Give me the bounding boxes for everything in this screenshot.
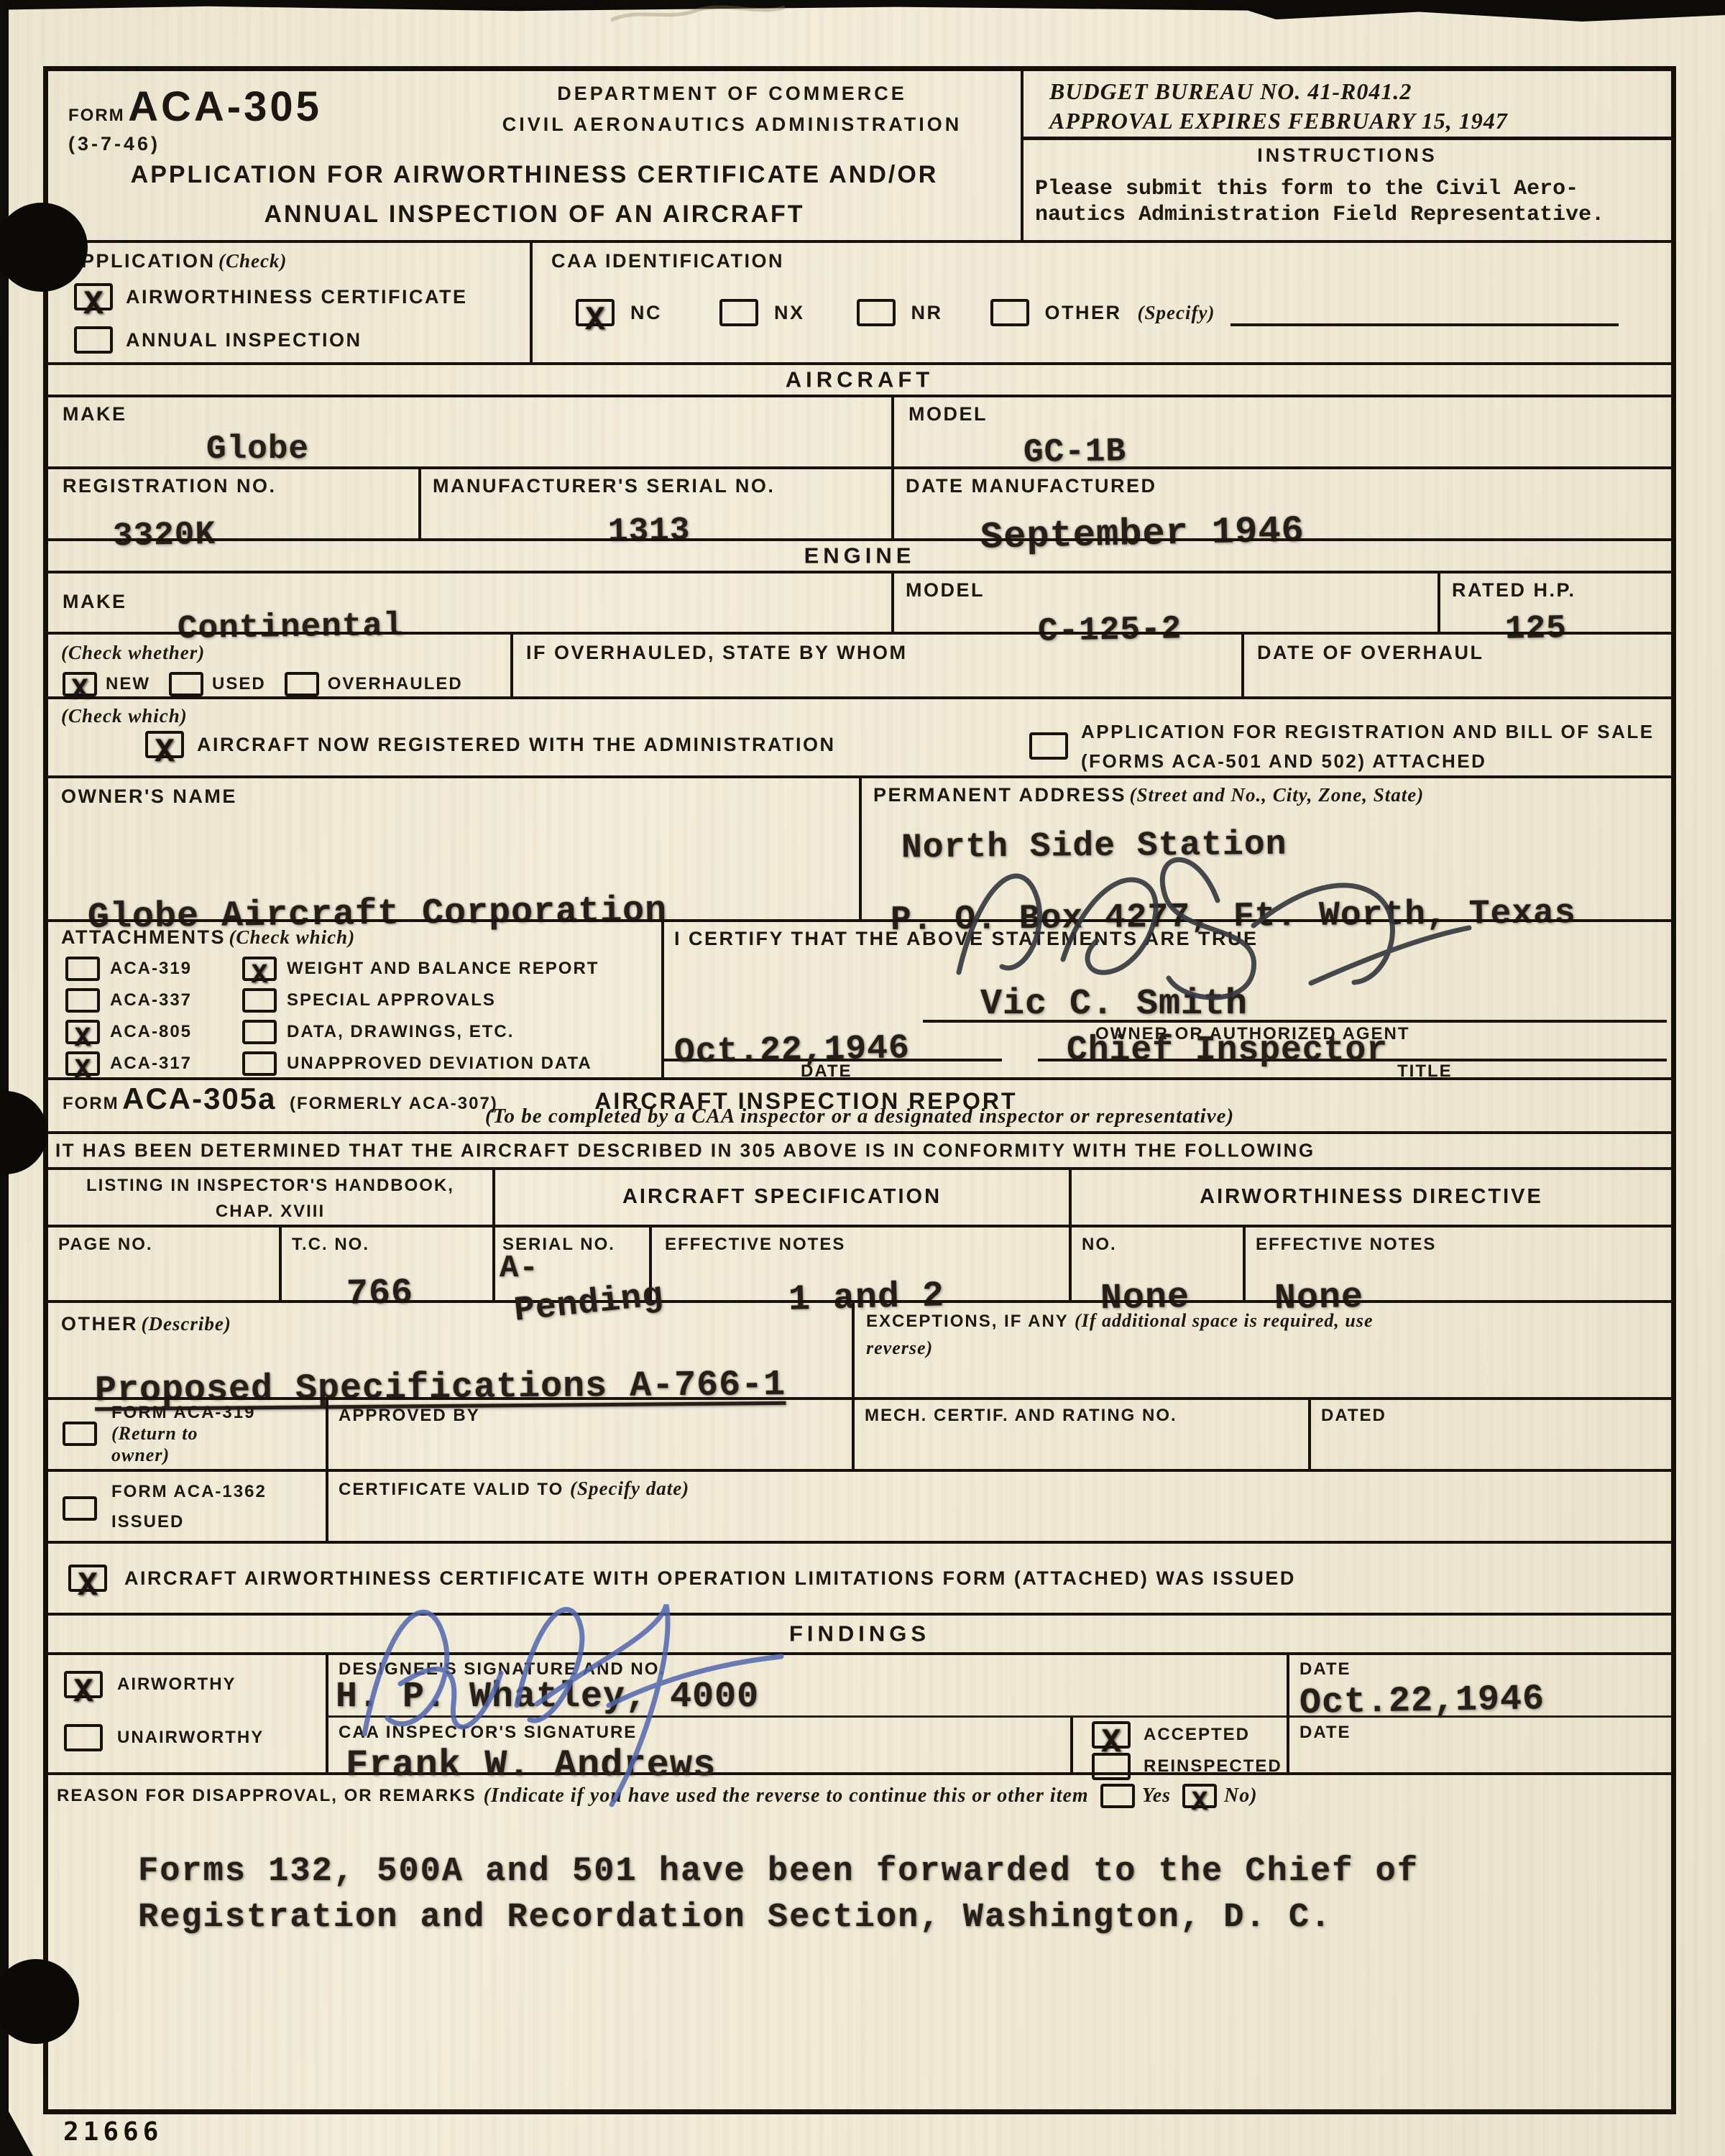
spec-serial-cell: SERIAL NO. A- Pending (492, 1227, 649, 1300)
x-mark-icon: X (78, 1567, 98, 1605)
directive-no-cell: NO. None (1069, 1227, 1243, 1300)
application-check-hint: (Check) (218, 250, 287, 272)
scan-edge-left (0, 0, 9, 2153)
new-label: NEW (106, 674, 150, 694)
check-whether-hint: (Check whether) (61, 642, 205, 664)
findings-grid: X AIRWORTHY X UNAIRWORTHY DESIGNEE'S SIG… (48, 1652, 1671, 1772)
weight-balance-label: WEIGHT AND BALANCE REPORT (287, 959, 599, 979)
remarks-body-line1[interactable]: Forms 132, 500A and 501 have been forwar… (138, 1853, 1419, 1891)
inspection-report-header: FORM ACA-305a (FORMERLY ACA-307) AIRCRAF… (48, 1077, 1671, 1131)
certificate-issued-checkbox[interactable]: X (68, 1565, 107, 1592)
airworthiness-certificate-checkbox[interactable]: X (74, 283, 113, 310)
exceptions-hint1: (If additional space is required, use (1075, 1310, 1373, 1331)
punch-hole (0, 203, 88, 292)
form-header-row: FORM ACA-305 (3-7-46) DEPARTMENT OF COMM… (48, 71, 1671, 240)
form-label: FORM (68, 106, 125, 125)
date-of-overhaul-label: DATE OF OVERHAUL (1257, 642, 1484, 664)
owner-name-label: OWNER'S NAME (61, 786, 237, 808)
aircraft-model-cell: MODEL GC-1B (891, 397, 1671, 466)
airworthy-checkbox[interactable]: X (64, 1671, 103, 1698)
airworthy-label: AIRWORTHY (117, 1674, 236, 1695)
registration-status-row: (Check which) X AIRCRAFT NOW REGISTERED … (48, 696, 1671, 775)
aca-317-label: ACA-317 (110, 1054, 232, 1074)
form-319-cell: X FORM ACA-319 (Return to owner) (48, 1400, 326, 1469)
data-drawings-checkbox[interactable]: X (242, 1020, 277, 1044)
overhauled-by-cell: IF OVERHAULED, STATE BY WHOM (510, 635, 1241, 696)
engine-make-row: MAKE Continental MODEL C-125-2 RATED H.P… (48, 571, 1671, 632)
instructions-box: INSTRUCTIONS Please submit this form to … (1023, 140, 1671, 227)
annual-inspection-checkbox[interactable]: X (74, 326, 113, 354)
form-aca-305: FORM ACA-305 (3-7-46) DEPARTMENT OF COMM… (43, 66, 1676, 2114)
inspection-report-header-cell: FORM ACA-305a (FORMERLY ACA-307) AIRCRAF… (48, 1080, 1671, 1131)
form-1362-label-line2: ISSUED (111, 1512, 267, 1532)
remarks-row: REASON FOR DISAPPROVAL, OR REMARKS (Indi… (48, 1772, 1671, 2113)
special-approvals-label: SPECIAL APPROVALS (287, 990, 496, 1010)
nc-label: NC (630, 302, 662, 324)
date-of-overhaul-cell: DATE OF OVERHAUL (1241, 635, 1671, 696)
mech-certif-cell: MECH. CERTIF. AND RATING NO. (852, 1400, 1308, 1469)
other-row: OTHER (Describe) Proposed Specifications… (48, 1300, 1671, 1397)
x-mark-icon: X (75, 1023, 91, 1054)
engine-make-cell: MAKE Continental (48, 573, 891, 632)
handbook-header-line1: LISTING IN INSPECTOR'S HANDBOOK, (48, 1176, 492, 1196)
administration-name: CIVIL AERONAUTICS ADMINISTRATION (451, 114, 1013, 136)
owner-name-cell: OWNER'S NAME Globe Aircraft Corporation (48, 778, 859, 919)
pencil-smudge (604, 0, 791, 29)
engine-condition-cell: (Check whether) X NEW X USED X OVERHAULE… (48, 635, 510, 696)
unairworthy-checkbox[interactable]: X (64, 1724, 103, 1751)
other-specify-hint: (Specify) (1138, 302, 1215, 324)
registered-checkbox[interactable]: X (145, 731, 184, 758)
form-title-line2: ANNUAL INSPECTION OF AN AIRCRAFT (48, 201, 1021, 229)
engine-hp-label: RATED H.P. (1452, 579, 1576, 602)
approved-by-cell: APPROVED BY (326, 1400, 852, 1469)
budget-bureau-box: BUDGET BUREAU NO. 41-R041.2 APPROVAL EXP… (1023, 71, 1671, 140)
findings-date-value[interactable]: Oct.22,1946 (1299, 1679, 1545, 1724)
designee-signature[interactable] (321, 1540, 810, 1828)
used-label: USED (212, 674, 266, 694)
registration-status-cell: (Check which) X AIRCRAFT NOW REGISTERED … (48, 699, 1671, 775)
bill-of-sale-label-line1: APPLICATION FOR REGISTRATION AND BILL OF… (1081, 721, 1655, 743)
other-specify-line[interactable] (1230, 299, 1619, 326)
findings-date-cell: DATE Oct.22,1946 DATE (1287, 1655, 1671, 1772)
findings-date2-label: DATE (1299, 1723, 1351, 1743)
application-label: APPLICATION (65, 250, 216, 272)
other-describe-cell: OTHER (Describe) Proposed Specifications… (48, 1303, 852, 1397)
determination-statement: IT HAS BEEN DETERMINED THAT THE AIRCRAFT… (55, 1140, 1315, 1162)
page-no-cell: PAGE NO. (48, 1227, 279, 1300)
aircraft-model-value[interactable]: GC-1B (1023, 433, 1127, 471)
certificate-issued-cell: X AIRCRAFT AIRWORTHINESS CERTIFICATE WIT… (48, 1544, 1671, 1613)
determination-cell: IT HAS BEEN DETERMINED THAT THE AIRCRAFT… (48, 1134, 1671, 1167)
spec-serial-prefix: A- (500, 1250, 539, 1286)
form-319-row: X FORM ACA-319 (Return to owner) APPROVE… (48, 1397, 1671, 1469)
form-date: (3-7-46) (68, 133, 160, 155)
scan-edge-top-right (1215, 0, 1725, 22)
form-1362-row: X FORM ACA-1362 ISSUED CERTIFICATE VALID… (48, 1469, 1671, 1541)
certification-cell: I CERTIFY THAT THE ABOVE STATEMENTS ARE … (661, 922, 1671, 1077)
approved-by-label: APPROVED BY (339, 1406, 480, 1426)
form-1362-checkbox[interactable]: X (63, 1496, 97, 1521)
findings-section-title: FINDINGS (48, 1621, 1671, 1646)
unapproved-deviation-checkbox[interactable]: X (242, 1051, 277, 1076)
aca-319-label: ACA-319 (110, 959, 232, 979)
unairworthy-label: UNAIRWORTHY (117, 1728, 264, 1748)
aircraft-section-bar: AIRCRAFT (48, 362, 1671, 395)
aca-805-label: ACA-805 (110, 1022, 232, 1042)
remarks-cell: REASON FOR DISAPPROVAL, OR REMARKS (Indi… (48, 1775, 1671, 2113)
other-describe-label: OTHER (61, 1313, 138, 1335)
nr-label: NR (911, 302, 943, 324)
unapproved-deviation-label: UNAPPROVED DEVIATION DATA (287, 1054, 592, 1074)
certificate-valid-cell: CERTIFICATE VALID TO (Specify date) (326, 1472, 1671, 1541)
serial-cell: MANUFACTURER'S SERIAL NO. 1313 (418, 469, 891, 538)
budget-bureau-no: BUDGET BUREAU NO. 41-R041.2 (1049, 78, 1671, 105)
aca-337-label: ACA-337 (110, 990, 232, 1010)
approval-expires: APPROVAL EXPIRES FEBRUARY 15, 1947 (1049, 108, 1671, 134)
spec-header-row: LISTING IN INSPECTOR'S HANDBOOK, CHAP. X… (48, 1167, 1671, 1225)
other-checkbox[interactable]: X (990, 299, 1029, 326)
attachments-row: ATTACHMENTS (Check which) X ACA-319 X WE… (48, 919, 1671, 1077)
x-mark-icon: X (252, 960, 268, 991)
form-1362-cell: X FORM ACA-1362 ISSUED (48, 1472, 326, 1541)
directive-no-label: NO. (1082, 1235, 1117, 1255)
dated-label: DATED (1321, 1406, 1386, 1426)
registered-label: AIRCRAFT NOW REGISTERED WITH THE ADMINIS… (197, 734, 835, 756)
x-mark-icon: X (585, 302, 605, 339)
accepted-label: ACCEPTED (1144, 1725, 1250, 1745)
nr-checkbox[interactable]: X (857, 299, 896, 326)
aircraft-section-title: AIRCRAFT (48, 367, 1671, 392)
overhauled-label: OVERHAULED (328, 674, 463, 694)
aircraft-registration-row: REGISTRATION NO. 3320K MANUFACTURER'S SE… (48, 466, 1671, 538)
mech-certif-label: MECH. CERTIF. AND RATING NO. (865, 1406, 1177, 1426)
spec-values-row: PAGE NO. T.C. NO. 766 SERIAL NO. A- Pend… (48, 1225, 1671, 1300)
application-row: APPLICATION (Check) X AIRWORTHINESS CERT… (48, 240, 1671, 362)
nx-checkbox[interactable]: X (719, 299, 758, 326)
overhauled-by-label: IF OVERHAULED, STATE BY WHOM (526, 642, 908, 664)
x-mark-icon: X (1192, 1787, 1208, 1818)
remarks-no-checkbox[interactable]: X (1182, 1784, 1217, 1808)
serial-label: MANUFACTURER'S SERIAL NO. (433, 475, 775, 497)
effective-notes-label: EFFECTIVE NOTES (665, 1235, 845, 1255)
scan-corner-mark (0, 2096, 33, 2156)
application-cell: APPLICATION (Check) X AIRWORTHINESS CERT… (48, 243, 530, 362)
certify-title-value[interactable]: Chief Inspector (1067, 1031, 1388, 1070)
aca-337-checkbox[interactable]: X (65, 988, 100, 1013)
remarks-yes-label: Yes (1142, 1784, 1171, 1807)
new-checkbox[interactable]: X (63, 672, 97, 696)
inspection-report-subtitle: (To be completed by a CAA inspector or a… (48, 1105, 1671, 1128)
annual-inspection-label: ANNUAL INSPECTION (126, 329, 362, 351)
directive-header-cell: AIRWORTHINESS DIRECTIVE (1069, 1170, 1671, 1225)
determination-row: IT HAS BEEN DETERMINED THAT THE AIRCRAFT… (48, 1131, 1671, 1167)
dated-cell: DATED (1308, 1400, 1671, 1469)
directive-notes-label: EFFECTIVE NOTES (1256, 1235, 1436, 1255)
accepted-subcell: X ACCEPTED X REINSPECTED (1070, 1715, 1292, 1772)
engine-section-bar: ENGINE (48, 538, 1671, 571)
overhauled-checkbox[interactable]: X (285, 672, 319, 696)
nx-label: NX (774, 302, 805, 324)
form-header-left: FORM ACA-305 (3-7-46) DEPARTMENT OF COMM… (48, 71, 1021, 240)
form-header-right: BUDGET BUREAU NO. 41-R041.2 APPROVAL EXP… (1021, 71, 1671, 240)
aircraft-make-row: MAKE Globe MODEL GC-1B (48, 395, 1671, 466)
aircraft-make-cell: MAKE Globe (48, 397, 891, 466)
findings-date-label: DATE (1299, 1659, 1351, 1680)
certify-date-value[interactable]: Oct.22,1946 (674, 1029, 911, 1072)
form-1362-label: FORM ACA-1362 (111, 1482, 267, 1502)
aircraft-model-label: MODEL (908, 403, 988, 425)
form-title-line1: APPLICATION FOR AIRWORTHINESS CERTIFICAT… (48, 161, 1021, 189)
certificate-valid-hint: (Specify date) (570, 1478, 689, 1499)
x-mark-icon: X (155, 734, 175, 771)
exceptions-cell: EXCEPTIONS, IF ANY (If additional space … (852, 1303, 1671, 1397)
attachments-hint: (Check which) (229, 926, 355, 948)
aca-319-checkbox[interactable]: X (65, 957, 100, 981)
form-319-hint1: (Return to (111, 1423, 255, 1445)
engine-condition-row: (Check whether) X NEW X USED X OVERHAULE… (48, 632, 1671, 696)
instructions-line1: Please submit this form to the Civil Aer… (1023, 167, 1671, 201)
caa-identification-label: CAA IDENTIFICATION (551, 250, 784, 272)
instructions-title: INSTRUCTIONS (1023, 144, 1671, 167)
certificate-valid-label: CERTIFICATE VALID TO (339, 1480, 570, 1499)
exceptions-hint2: reverse) (866, 1337, 1661, 1359)
form-319-hint2: owner) (111, 1445, 255, 1466)
data-drawings-label: DATA, DRAWINGS, ETC. (287, 1022, 514, 1042)
effective-notes-cell: EFFECTIVE NOTES 1 and 2 (649, 1227, 1069, 1300)
date-manufactured-label: DATE MANUFACTURED (906, 475, 1156, 497)
airworthiness-certificate-label: AIRWORTHINESS CERTIFICATE (126, 286, 468, 308)
aircraft-spec-header-cell: AIRCRAFT SPECIFICATION (492, 1170, 1069, 1225)
x-mark-icon: X (73, 1674, 93, 1711)
aircraft-make-label: MAKE (63, 403, 127, 425)
engine-hp-cell: RATED H.P. 125 (1437, 573, 1671, 632)
engine-section-title: ENGINE (48, 543, 1671, 568)
tc-no-cell: T.C. NO. 766 (279, 1227, 492, 1300)
exceptions-label: EXCEPTIONS, IF ANY (866, 1312, 1075, 1331)
findings-verdict-cell: X AIRWORTHY X UNAIRWORTHY (48, 1655, 326, 1772)
certificate-issued-row: X AIRCRAFT AIRWORTHINESS CERTIFICATE WIT… (48, 1541, 1671, 1613)
form-319-label: FORM ACA-319 (111, 1403, 255, 1423)
x-mark-icon: X (83, 286, 103, 323)
document-number: 21666 (63, 2117, 162, 2147)
nc-checkbox[interactable]: X (576, 299, 615, 326)
used-checkbox[interactable]: X (169, 672, 203, 696)
instructions-line2: nautics Administration Field Representat… (1023, 201, 1671, 227)
aircraft-spec-header: AIRCRAFT SPECIFICATION (495, 1185, 1069, 1209)
findings-signatures-cell: DESIGNEE'S SIGNATURE AND NO. H. P. Whatl… (326, 1655, 1287, 1772)
aircraft-make-value[interactable]: Globe (206, 430, 309, 468)
weight-balance-checkbox[interactable]: X (242, 957, 277, 981)
date-manufactured-cell: DATE MANUFACTURED September 1946 (891, 469, 1671, 538)
other-label: OTHER (1045, 302, 1122, 324)
caa-identification-cell: CAA IDENTIFICATION X NC X NX X NR X OTHE… (530, 243, 1671, 362)
registration-label: REGISTRATION NO. (63, 475, 277, 497)
directive-header: AIRWORTHINESS DIRECTIVE (1072, 1185, 1671, 1209)
accepted-checkbox[interactable]: X (1092, 1721, 1131, 1749)
check-which-hint: (Check which) (61, 705, 188, 727)
directive-notes-cell: EFFECTIVE NOTES None (1243, 1227, 1671, 1300)
attachments-label: ATTACHMENTS (61, 926, 226, 948)
remarks-no-label: No) (1224, 1784, 1258, 1807)
engine-model-cell: MODEL C-125-2 (891, 573, 1437, 632)
aca-317-checkbox[interactable]: X (65, 1051, 100, 1076)
remarks-body-line2[interactable]: Registration and Recordation Section, Wa… (138, 1899, 1332, 1937)
handbook-header-cell: LISTING IN INSPECTOR'S HANDBOOK, CHAP. X… (48, 1170, 492, 1225)
findings-section-bar: FINDINGS (48, 1613, 1671, 1652)
form-number: ACA-305 (128, 83, 322, 130)
attachments-cell: ATTACHMENTS (Check which) X ACA-319 X WE… (48, 922, 661, 1077)
engine-model-label: MODEL (906, 579, 985, 602)
punch-hole (0, 1091, 47, 1174)
handbook-header-line2: CHAP. XVIII (48, 1202, 492, 1222)
page-no-label: PAGE NO. (58, 1235, 153, 1255)
bill-of-sale-label-line2: (FORMS ACA-501 AND 502) ATTACHED (1081, 750, 1655, 773)
aca-805-checkbox[interactable]: X (65, 1020, 100, 1044)
special-approvals-checkbox[interactable]: X (242, 988, 277, 1013)
owner-signature[interactable] (908, 800, 1483, 1030)
registration-cell: REGISTRATION NO. 3320K (48, 469, 418, 538)
tc-no-label: T.C. NO. (292, 1235, 369, 1255)
form-319-checkbox[interactable]: X (63, 1422, 97, 1446)
department-name: DEPARTMENT OF COMMERCE (451, 83, 1013, 105)
engine-make-label: MAKE (63, 591, 127, 613)
bill-of-sale-checkbox[interactable]: X (1029, 732, 1068, 760)
other-describe-hint: (Describe) (141, 1313, 231, 1335)
remarks-yes-checkbox[interactable]: X (1100, 1784, 1135, 1808)
